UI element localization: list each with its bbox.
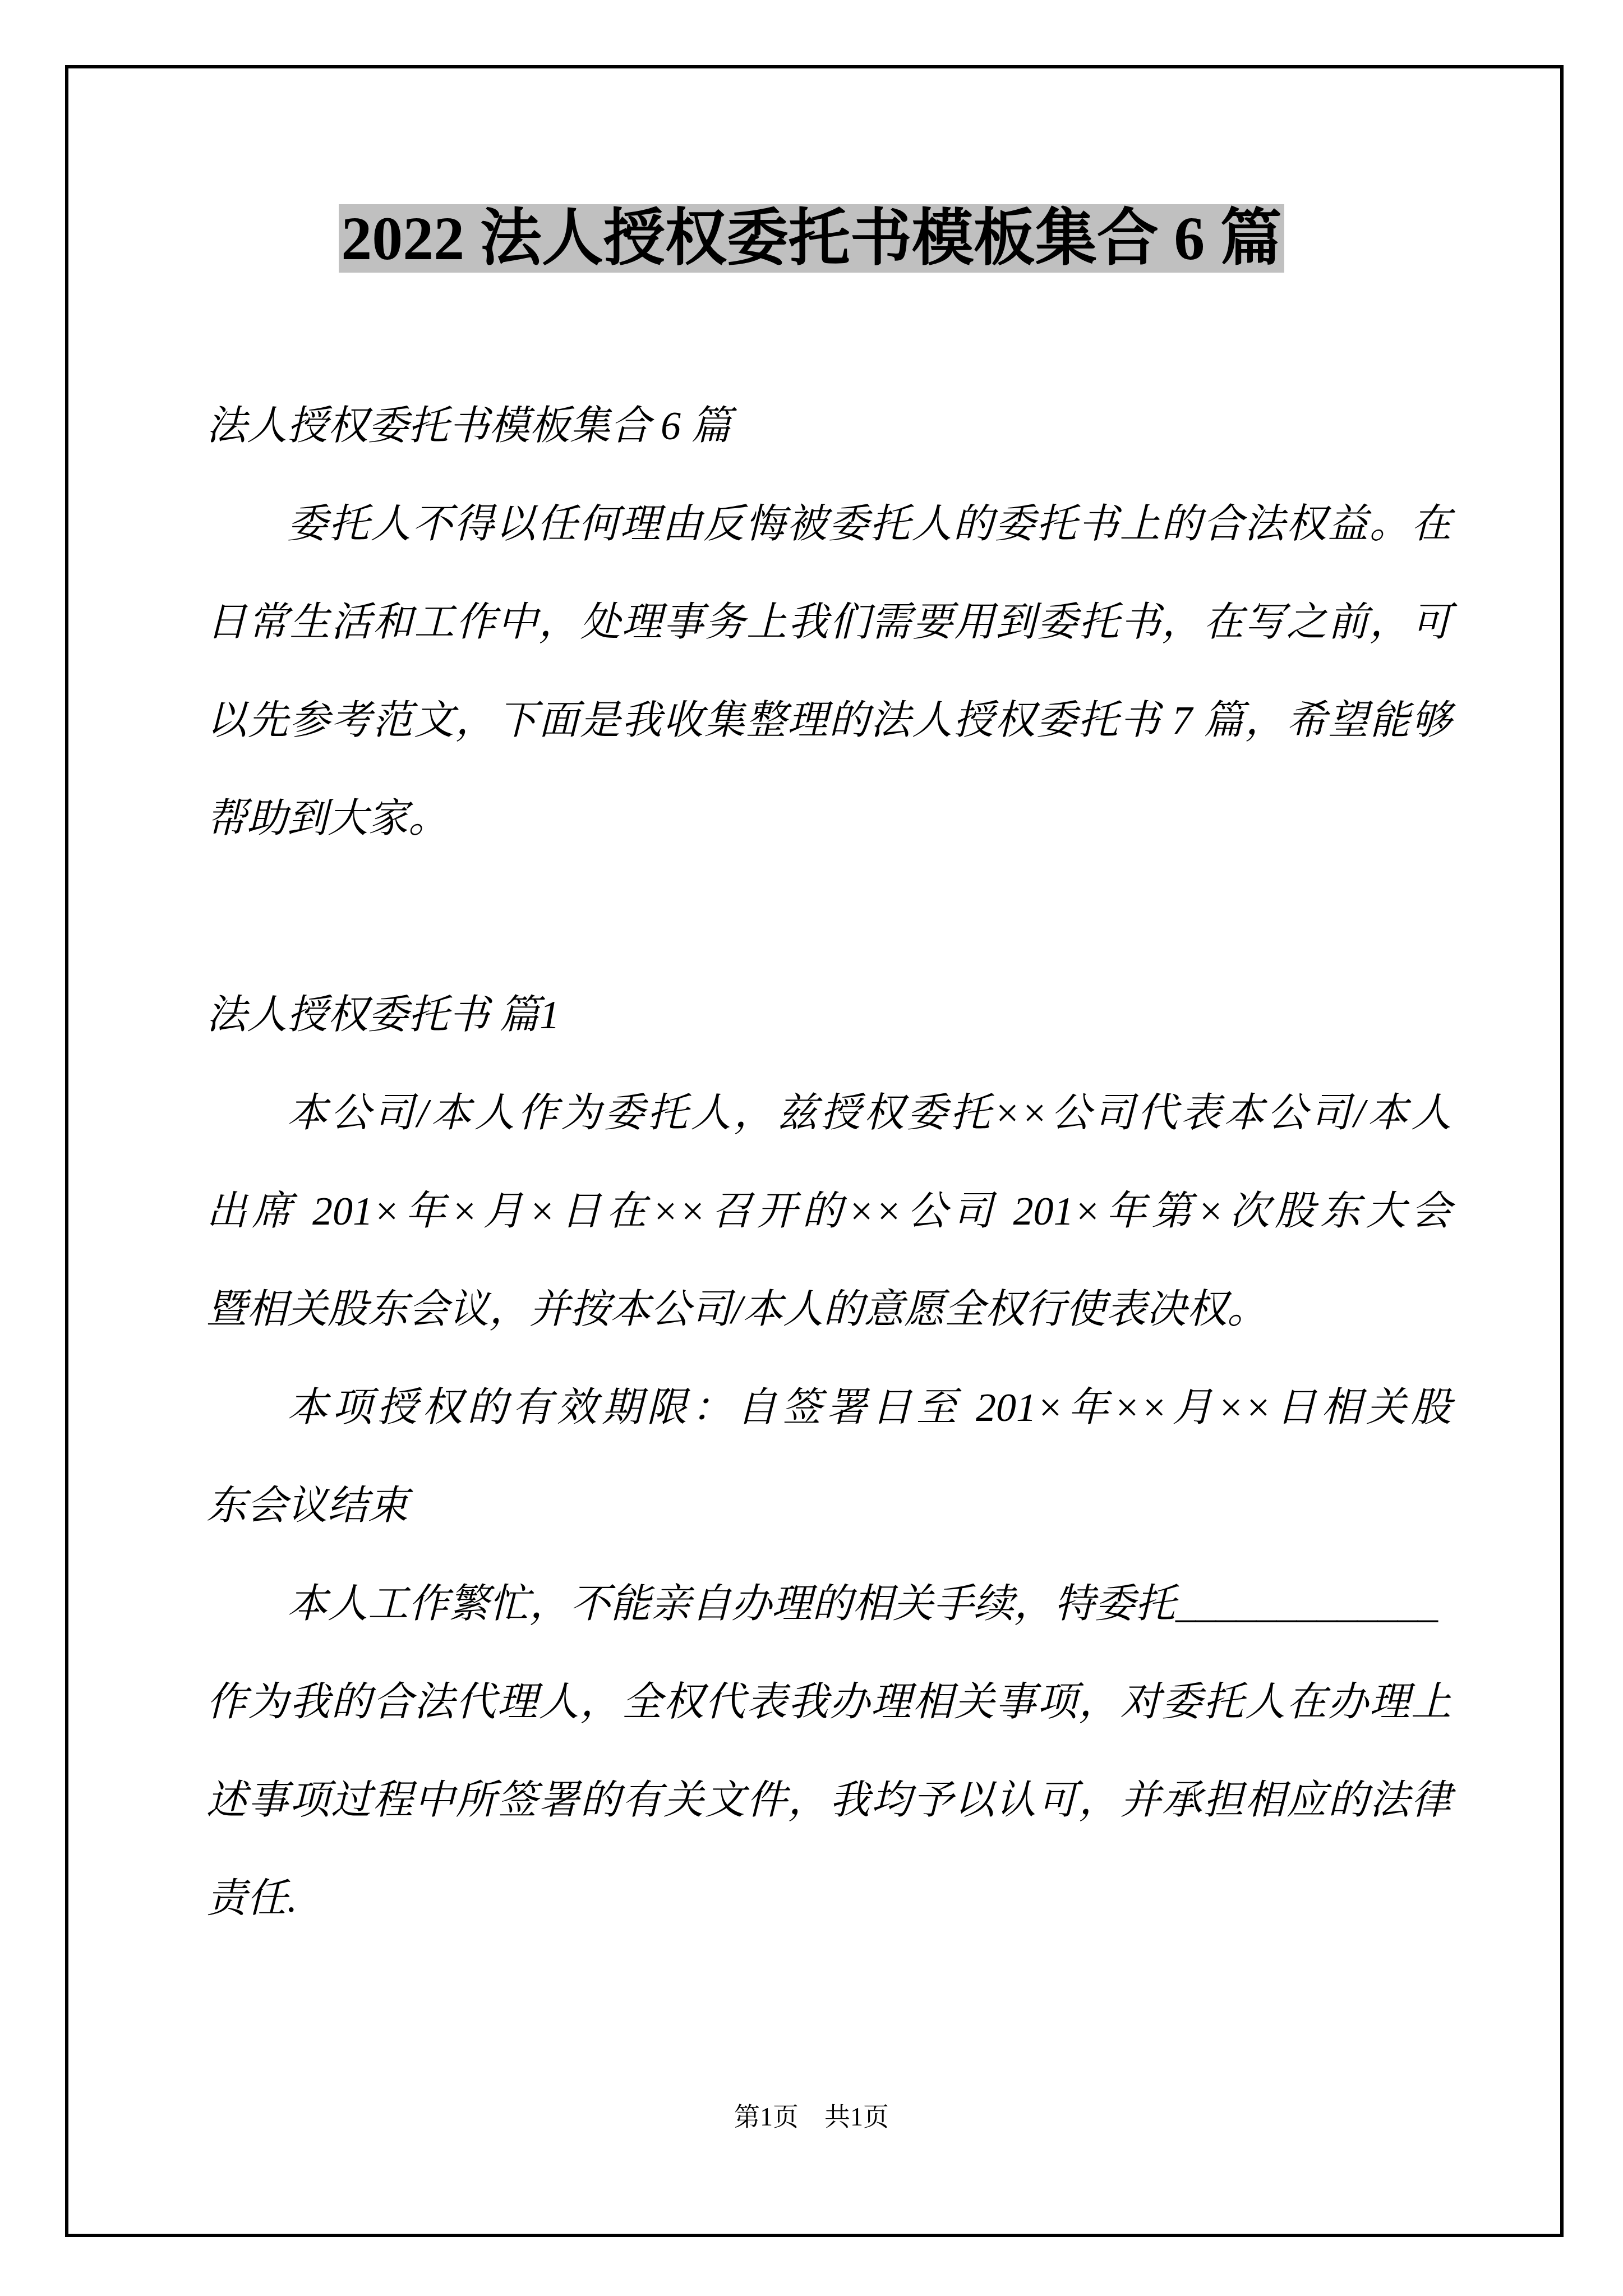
text-line: 出席 201×年×月×日在××召开的××公司 201×年第×次股东大会 <box>206 1162 1451 1260</box>
text-line: 暨相关股东会议，并按本公司/本人的意愿全权行使表决权。 <box>206 1260 1451 1359</box>
text-line: 本人工作繁忙，不能亲自办理的相关手续，特委托_____________ <box>206 1555 1451 1653</box>
text-line <box>206 868 1451 966</box>
text-line: 法人授权委托书模板集合 6 篇 <box>206 377 1451 475</box>
text-line: 述事项过程中所签署的有关文件，我均予以认可，并承担相应的法律 <box>206 1751 1451 1849</box>
text-line: 日常生活和工作中，处理事务上我们需要用到委托书，在写之前，可 <box>206 573 1451 671</box>
text-line: 委托人不得以任何理由反悔被委托人的委托书上的合法权益。在 <box>206 475 1451 573</box>
text-line: 东会议结束 <box>206 1457 1451 1555</box>
text-line: 以先参考范文，下面是我收集整理的法人授权委托书 7 篇，希望能够 <box>206 671 1451 770</box>
text-line: 作为我的合法代理人，全权代表我办理相关事项，对委托人在办理上 <box>206 1653 1451 1751</box>
document-body: 法人授权委托书模板集合 6 篇委托人不得以任何理由反悔被委托人的委托书上的合法权… <box>0 0 1623 2296</box>
text-line: 责任. <box>206 1849 1451 1948</box>
document-page: 2022 法人授权委托书模板集合 6 篇 法人授权委托书模板集合 6 篇委托人不… <box>0 0 1623 2296</box>
text-line: 本公司/本人作为委托人，兹授权委托××公司代表本公司/本人 <box>206 1064 1451 1162</box>
text-line: 帮助到大家。 <box>206 770 1451 868</box>
text-line: 法人授权委托书 篇1 <box>206 966 1451 1064</box>
text-line: 本项授权的有效期限：自签署日至 201×年××月××日相关股 <box>206 1359 1451 1457</box>
page-footer: 第1页 共1页 <box>0 2099 1623 2135</box>
